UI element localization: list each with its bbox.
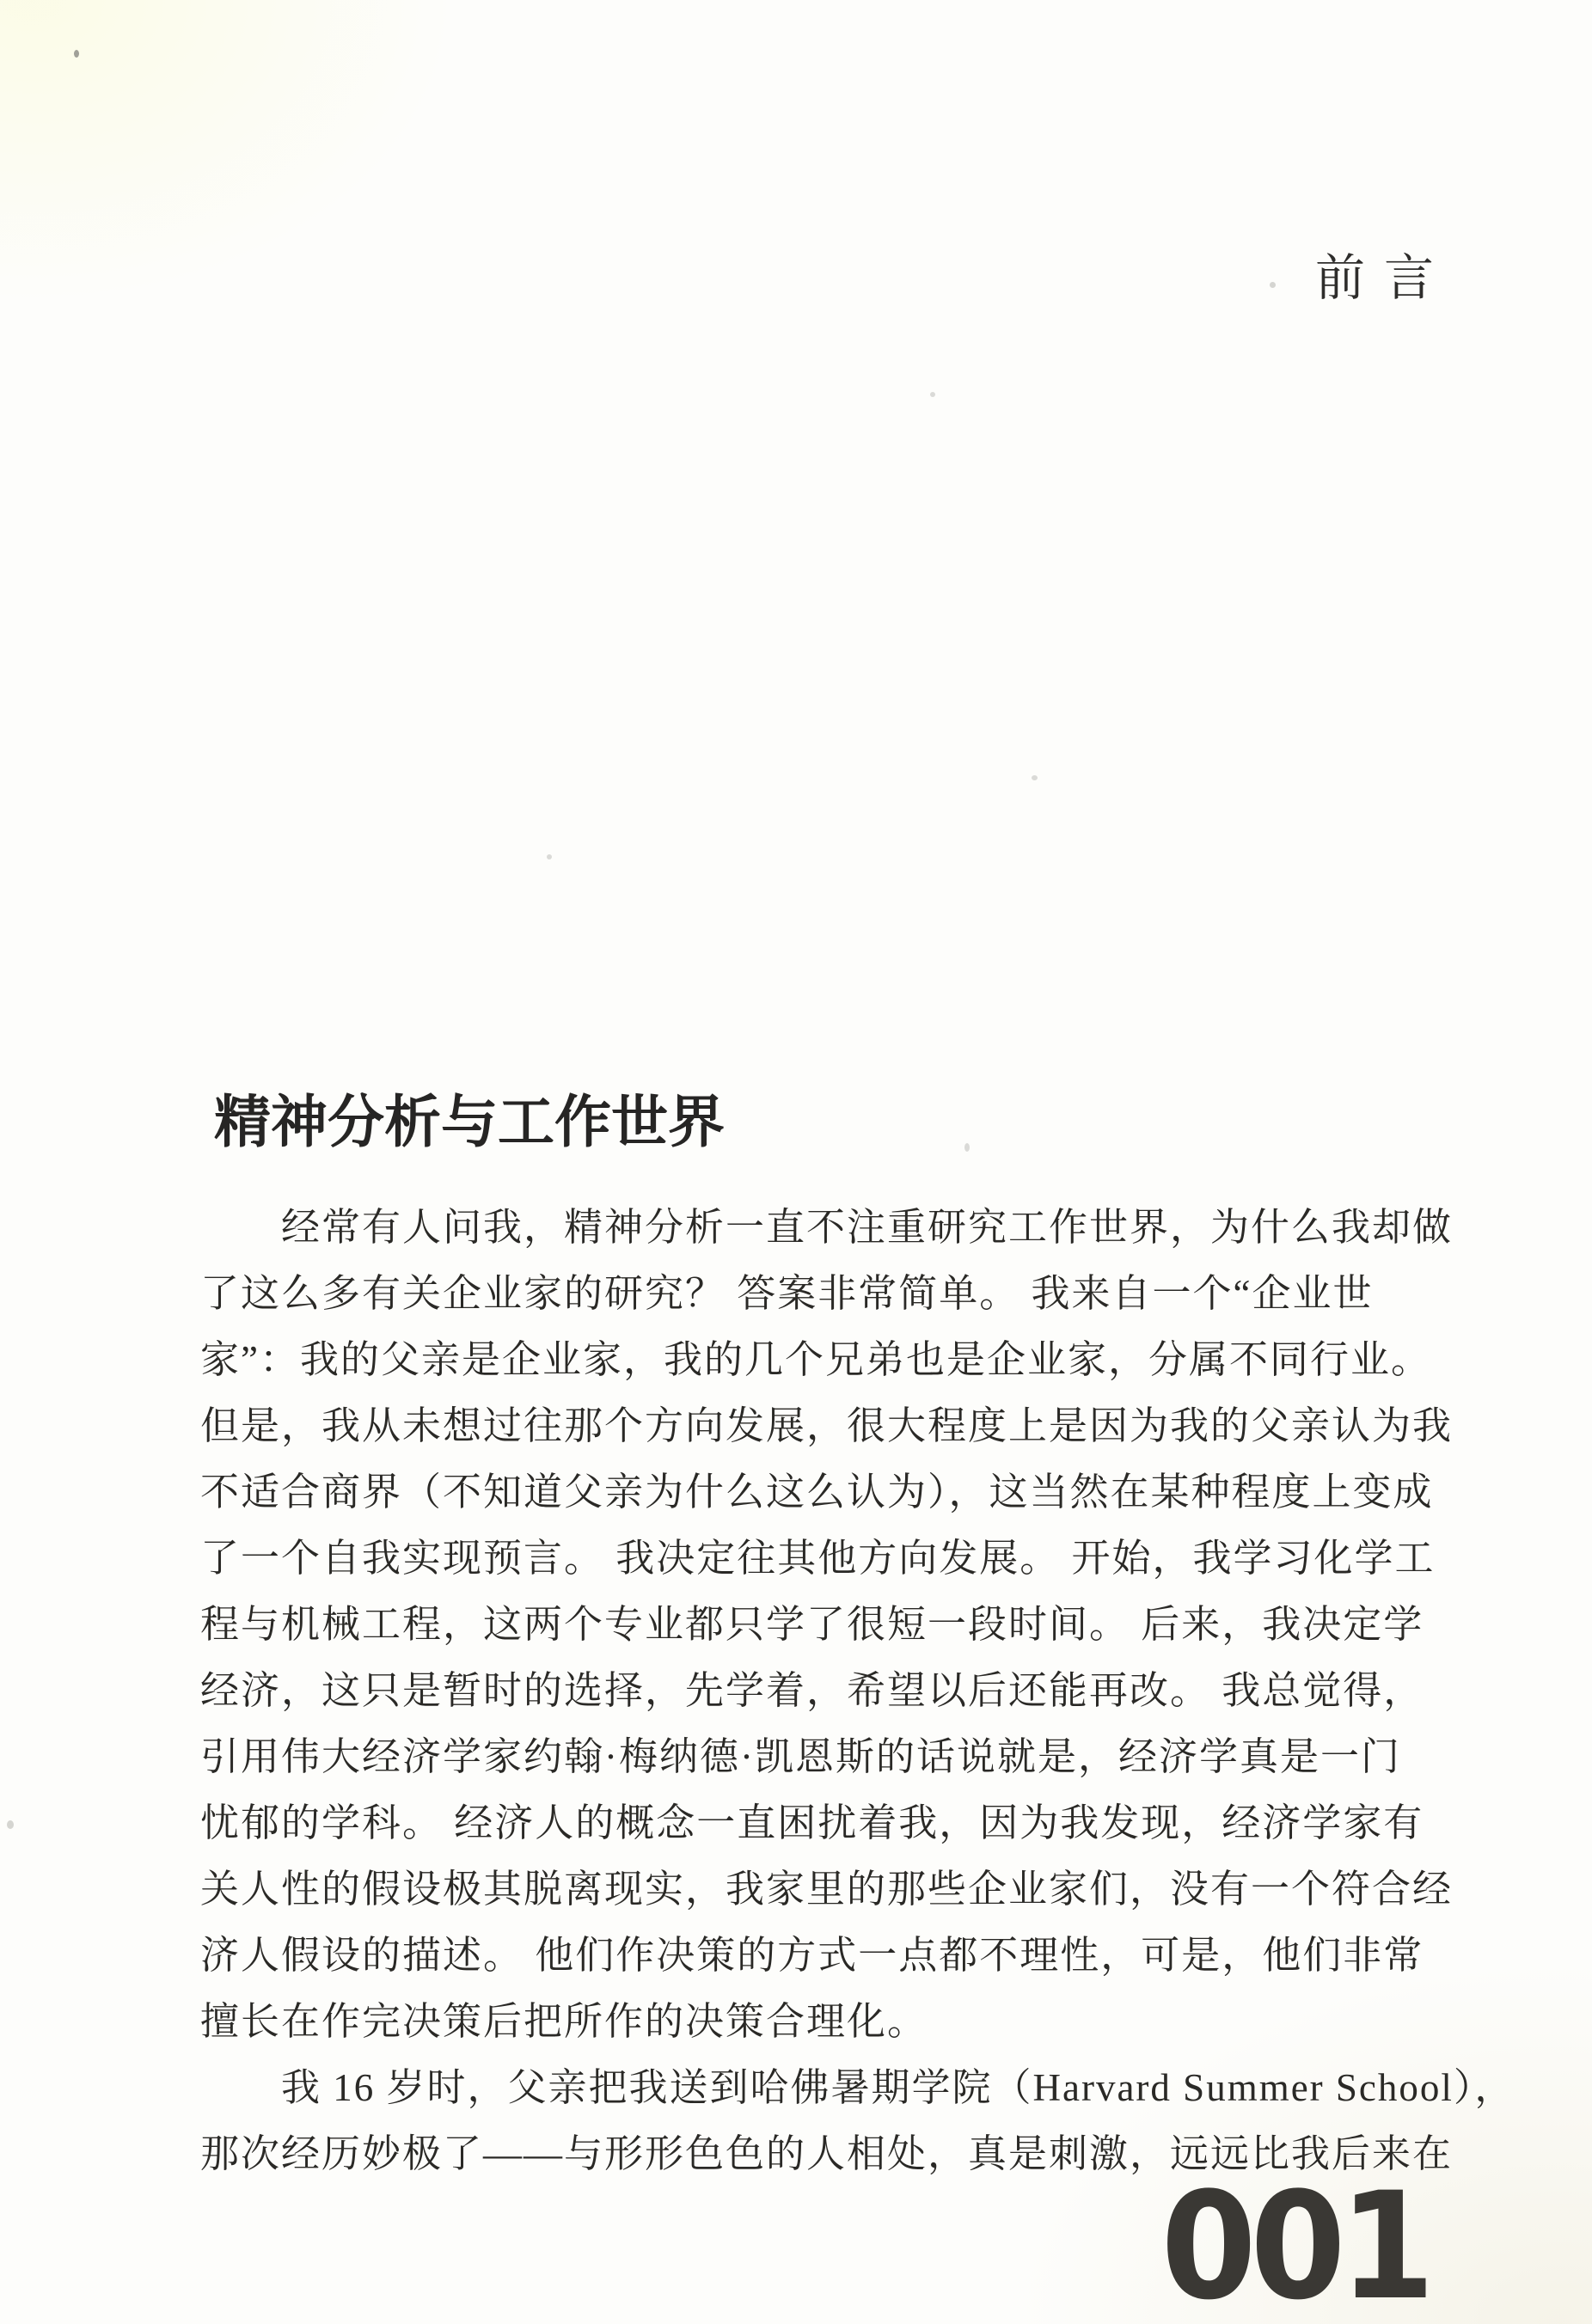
body-text-line: 引用伟大经济学家约翰·梅纳德·凯恩斯的话说就是，经济学真是一门 xyxy=(200,1724,1473,1790)
chapter-corner-label: 前言 xyxy=(1315,237,1453,309)
body-text-line: 了一个自我实现预言。 我决定往其他方向发展。 开始，我学习化学工 xyxy=(200,1526,1473,1592)
body-text-line: 我 16 岁时，父亲把我送到哈佛暑期学院（Harvard Summer Scho… xyxy=(200,2055,1473,2121)
body-text-line: 但是，我从未想过往那个方向发展，很大程度上是因为我的父亲认为我 xyxy=(200,1393,1473,1459)
body-text-line: 擅长在作完决策后把所作的决策合理化。 xyxy=(200,1989,1473,2055)
body-text-line: 经常有人问我，精神分析一直不注重研究工作世界，为什么我却做 xyxy=(200,1195,1473,1261)
body-text-line: 济人假设的描述。 他们作决策的方式一点都不理性，可是，他们非常 xyxy=(200,1923,1473,1989)
scan-speck xyxy=(74,50,79,58)
scanned-book-page: 前言 精神分析与工作世界 经常有人问我，精神分析一直不注重研究工作世界，为什么我… xyxy=(0,0,1592,2324)
scan-speck xyxy=(7,1820,14,1829)
scan-speck xyxy=(1032,775,1038,780)
body-text-line: 不适合商界（不知道父亲为什么这么认为），这当然在某种程度上变成 xyxy=(200,1459,1473,1526)
scan-speck xyxy=(1270,282,1276,288)
body-text-block: 经常有人问我，精神分析一直不注重研究工作世界，为什么我却做了这么多有关企业家的研… xyxy=(200,1195,1473,2187)
body-text-line: 家”：我的父亲是企业家，我的几个兄弟也是企业家，分属不同行业。 xyxy=(200,1327,1473,1393)
body-text-line: 关人性的假设极其脱离现实，我家里的那些企业家们，没有一个符合经 xyxy=(200,1856,1473,1923)
section-heading: 精神分析与工作世界 xyxy=(214,1076,725,1158)
scan-speck xyxy=(930,392,935,397)
body-text-line: 程与机械工程，这两个专业都只学了很短一段时间。 后来，我决定学 xyxy=(200,1592,1473,1658)
scan-speck xyxy=(547,854,552,859)
scan-speck xyxy=(964,1143,970,1152)
page-number: 001 xyxy=(1160,2173,1429,2321)
body-text-line: 忧郁的学科。 经济人的概念一直困扰着我，因为我发现，经济学家有 xyxy=(200,1790,1473,1856)
body-text-line: 了这么多有关企业家的研究？ 答案非常简单。 我来自一个“企业世 xyxy=(200,1261,1473,1327)
body-text-line: 经济，这只是暂时的选择，先学着，希望以后还能再改。 我总觉得， xyxy=(200,1658,1473,1724)
